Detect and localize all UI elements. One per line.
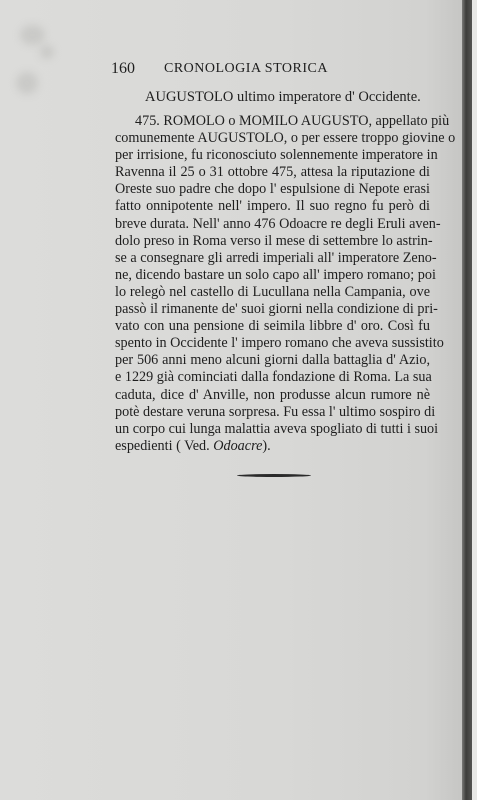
text-line: breve durata. Nell' anno 476 Odoacre re … <box>115 216 430 233</box>
page-number: 160 <box>111 60 135 78</box>
running-head: 160 CRONOLOGIA STORICA <box>111 60 376 78</box>
text-line: se a consegnare gli arredi imperiali all… <box>115 250 430 267</box>
text-line: fatto onnipotente nell' impero. Il suo r… <box>115 198 430 215</box>
page-edge <box>472 0 477 800</box>
section-heading: AUGUSTOLO ultimo imperatore d' Occidente… <box>145 89 415 106</box>
text-line: passò il rimanente de' suoi giorni nella… <box>115 301 430 318</box>
book-page: 160 CRONOLOGIA STORICA AUGUSTOLO ultimo … <box>0 0 462 800</box>
paper-stain <box>40 45 54 59</box>
text-line: per irrisione, fu riconosciuto solenneme… <box>115 147 430 164</box>
text-line: Oreste suo padre che dopo l' espulsione … <box>115 181 430 198</box>
text-segment: espedienti ( Ved. <box>115 438 213 454</box>
text-line: 475. ROMOLO o MOMILO AUGUSTO, appellato … <box>115 113 430 130</box>
text-segment: ). <box>262 438 270 454</box>
section-end-rule <box>237 474 311 477</box>
text-line: caduta, dice d' Anville, non produsse al… <box>115 387 430 404</box>
paper-stain <box>20 25 45 45</box>
body-paragraph: 475. ROMOLO o MOMILO AUGUSTO, appellato … <box>115 113 430 455</box>
text-line: Ravenna il 25 o 31 ottobre 475, attesa l… <box>115 164 430 181</box>
text-line: un corpo cui lunga malattia aveva spogli… <box>115 421 430 438</box>
running-title: CRONOLOGIA STORICA <box>164 61 328 77</box>
cross-reference: Odoacre <box>213 438 262 454</box>
text-line: spento in Occidente l' impero romano che… <box>115 335 430 352</box>
paper-stain <box>16 72 38 94</box>
text-line: dolo preso in Roma verso il mese di sett… <box>115 233 430 250</box>
text-line: per 506 anni meno alcuni giorni dalla ba… <box>115 352 430 369</box>
text-line: vato con una pensione di seimila libbre … <box>115 318 430 335</box>
text-line: potè destare veruna sorpresa. Fu essa l'… <box>115 404 430 421</box>
text-line: ne, dicendo bastare un solo capo all' im… <box>115 267 430 284</box>
text-line: comunemente AUGUSTOLO, o per essere trop… <box>115 130 430 147</box>
book-binding-shadow <box>462 0 472 800</box>
text-line: lo relegò nel castello di Lucullana nell… <box>115 284 430 301</box>
text-line: e 1229 già cominciati dalla fondazione d… <box>115 369 430 386</box>
text-line-final: espedienti ( Ved. Odoacre). <box>115 438 430 455</box>
